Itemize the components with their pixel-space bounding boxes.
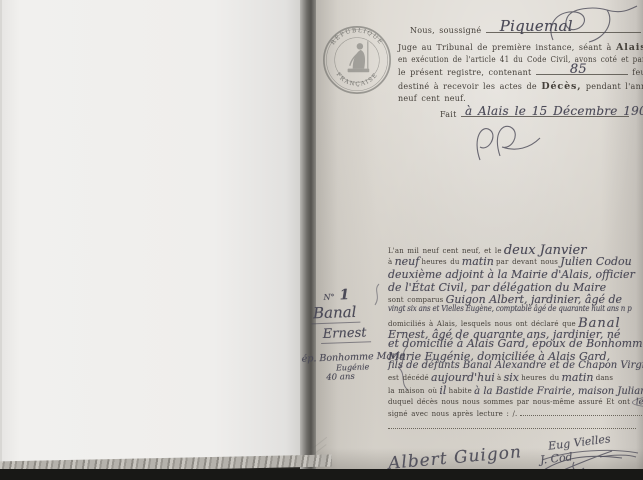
blank-left-page [0,0,304,462]
act-line-13: la maison où il habite à la Bastide Frai… [388,384,643,397]
header-line5-post: pendant l'année mil [586,82,643,91]
margin-age-text: 40 ans [326,372,355,383]
fait-blank: à Alais le 15 Décembre 1908 [461,116,629,117]
act-l15-print: signé avec nous après lecture : /. [388,410,517,418]
header-line5-pre: destiné à recevoir les actes de [398,82,537,91]
margin-squiggle-icon [372,283,382,307]
act-l13-h1: il [439,384,446,397]
leader-dots [520,407,643,416]
act-l2-h1: neuf [395,255,420,268]
header-acte-type-bold: Décès, [541,81,581,92]
header-line-3: en exécution de l'article 41 du Code Civ… [398,55,643,64]
act-number-label: N° [323,293,334,302]
act-l12-p3: heures du [521,374,559,382]
header-line3-text: en exécution de l'article 41 du Code Civ… [398,55,643,64]
act-l5-print: sont comparus [388,296,443,304]
fait-label: Fait [440,110,457,119]
leader-dots-2 [388,420,636,429]
judge-signature-paraph-icon [468,120,550,164]
act-l1-print: L'an mil neuf cent neuf, et le [388,247,502,255]
act-l6-hand: vingt six ans et Vielles Eugène, comptab… [388,304,632,313]
act-l12-p4: dans [596,374,613,382]
header-fait-line: Fait à Alais le 15 Décembre 1908 [440,110,629,119]
fait-date-handwritten: à Alais le 15 Décembre 1908 [465,104,643,118]
act-l14-print: duquel décès nous nous sommes par nous-m… [388,398,630,406]
act-l2-h2: matin [462,255,494,268]
act-l13-h2: à la Bastide Frairie, maison Julian [474,386,643,397]
header-salutation: Nous, soussigné [410,26,481,35]
act-l12-h3: matin [561,371,593,384]
act-l12-h1: aujourd'hui [431,371,495,384]
act-l13-p1: la maison où [388,387,437,395]
top-right-paraph-icon [545,4,640,46]
act-line-15: signé avec nous après lecture : /. [388,407,643,420]
sheet-count-handwritten: 85 [570,62,587,77]
act-l9-hand: et domicilié à Alais Gard, époux de Bonh… [388,337,643,350]
register-scan: RÉPUBLIQUE FRANÇAISE Nous, soussigné Piq… [0,0,643,480]
header-line6-text: neuf cent neuf. [398,94,466,103]
act-line-2: à neuf heures du matin par devant nous J… [388,255,632,268]
table-background [0,469,643,480]
death-act-body: L'an mil neuf cent neuf, et le deux Janv… [388,244,640,434]
act-line-12: est décédé aujourd'hui à six heures du m… [388,371,613,384]
act-line-3: deuxième adjoint à la Mairie d'Alais, of… [388,268,635,281]
header-line4-pre: le présent registre, contenant [398,68,531,77]
act-l3-hand: deuxième adjoint à la Mairie d'Alais, of… [388,268,635,281]
act-l2-p3: par devant nous [496,258,558,266]
act-l12-p1: est décédé [388,374,429,382]
act-line-9: et domicilié à Alais Gard, époux de Bonh… [388,337,643,350]
svg-text:FRANÇAISE: FRANÇAISE [334,72,379,88]
header-line-4: le présent registre, contenant 85 feuill… [398,68,643,77]
republique-francaise-stamp-icon: RÉPUBLIQUE FRANÇAISE [321,24,393,96]
margin-firstname-text: Ernest [321,325,371,344]
margin-age: 40 ans [326,364,355,384]
header-line4-post: feuilles, [632,68,643,77]
stamp-top-text: RÉPUBLIQUE [330,28,383,46]
svg-text:RÉPUBLIQUE: RÉPUBLIQUE [330,28,383,46]
stamp-bottom-text: FRANÇAISE [334,72,379,88]
act-l2-h3: Julien Codou [560,255,631,268]
stamp-marianne-figure [348,41,370,72]
act-l12-h2: six [504,371,519,384]
sheet-count-blank: 85 [536,74,628,75]
act-l2-p2: heures du [422,258,460,266]
act-l7-print: domiciliés à Alais, lesquels nous ont dé… [388,320,576,328]
margin-surname: Banal [311,302,361,323]
act-number-value: 1 [339,287,349,303]
act-l11-hand: fils de défunts Banal Alexandre et de Ch… [388,360,643,371]
act-l2-p1: à [388,258,392,266]
margin-firstname: Ernest [320,321,370,342]
act-number: N° 1 [323,284,349,304]
header-line-6: neuf cent neuf. [398,94,466,103]
act-l13-p2: habite [449,387,472,395]
header-line-5: destiné à recevoir les actes de Décès, p… [398,81,643,92]
act-l12-p2: à [497,374,501,382]
